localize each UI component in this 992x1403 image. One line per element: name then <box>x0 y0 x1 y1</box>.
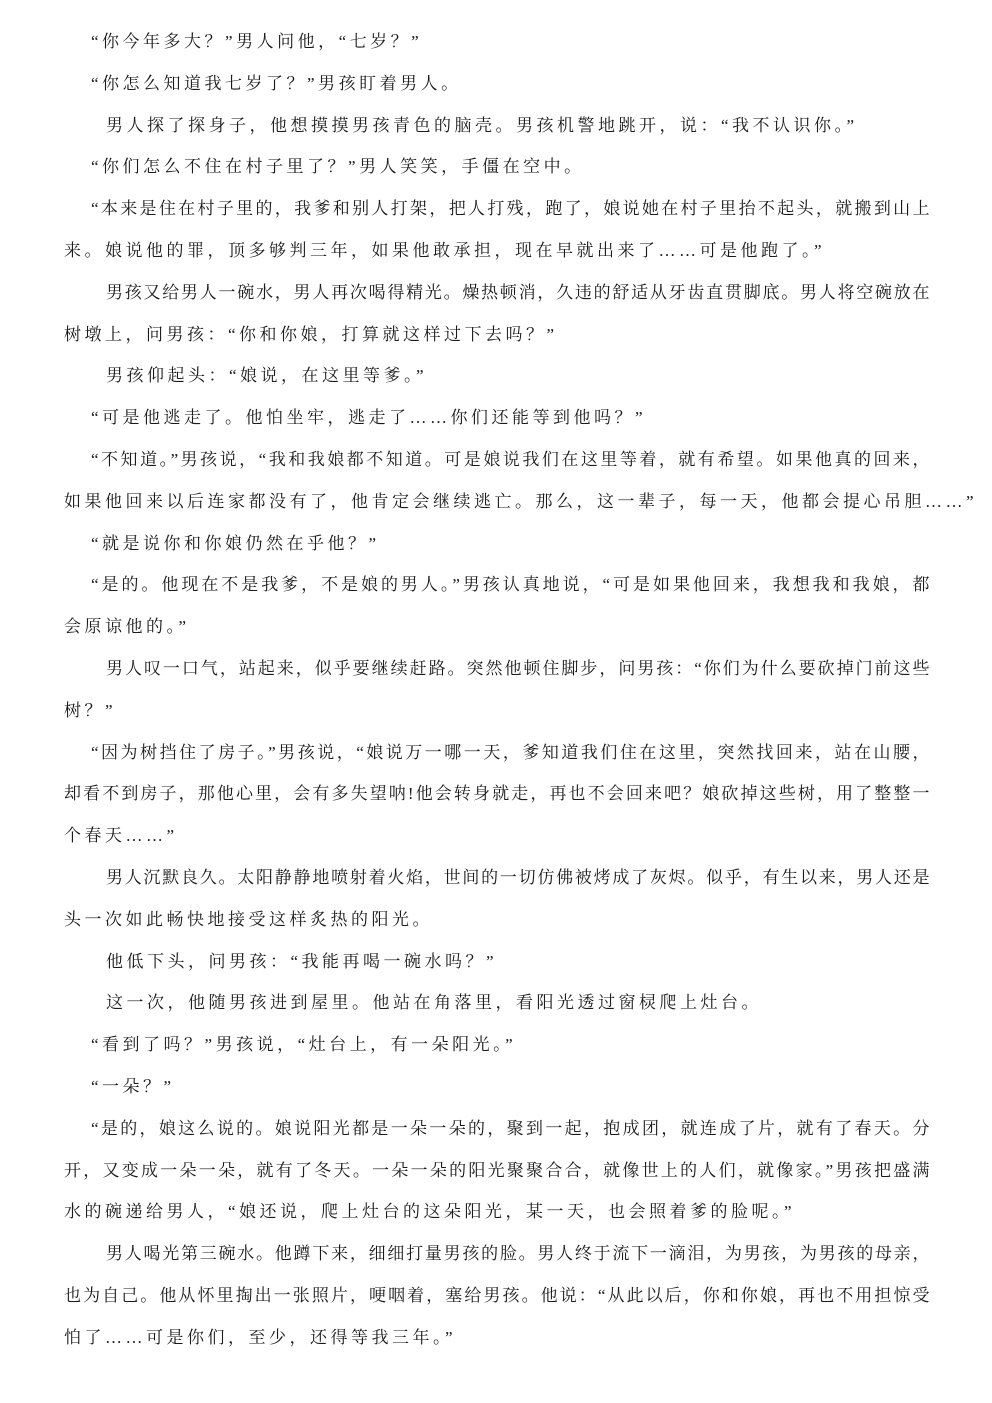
paragraph: 男孩仰起头：“娘说，在这里等爹。” <box>64 355 930 397</box>
text-line: 男人沉默良久。太阳静静地喷射着火焰，世间的一切仿佛被烤成了灰烬。似乎，有生以来，… <box>64 857 930 899</box>
paragraph: 男人探了探身子，他想摸摸男孩青色的脑壳。男孩机警地跳开，说：“我不认识你。” <box>64 105 930 147</box>
paragraph: “因为树挡住了房子。”男孩说，“娘说万一哪一天，爹知道我们住在这里，突然找回来，… <box>64 732 930 857</box>
text-line: 个春天……” <box>64 815 930 857</box>
paragraph: 男孩又给男人一碗水，男人再次喝得精光。燥热顿消，久违的舒适从牙齿直贯脚底。男人将… <box>64 272 930 356</box>
text-line: 男人喝光第三碗水。他蹲下来，细细打量男孩的脸。男人终于流下一滴泪，为男孩，为男孩… <box>64 1233 930 1275</box>
paragraph: “是的。他现在不是我爹，不是娘的男人。”男孩认真地说，“可是如果他回来，我想我和… <box>64 564 930 648</box>
text-line: 如果他回来以后连家都没有了，他肯定会继续逃亡。那么，这一辈子，每一天，他都会提心… <box>64 481 930 523</box>
text-line: 开，又变成一朵一朵，就有了冬天。一朵一朵的阳光聚聚合合，就像世上的人们，就像家。… <box>64 1150 930 1192</box>
text-line: “本来是住在村子里的，我爹和别人打架，把人打残，跑了，娘说她在村子里抬不起头，就… <box>64 188 930 230</box>
paragraph: “你今年多大？”男人问他，“七岁？” <box>64 21 930 63</box>
paragraph: 男人喝光第三碗水。他蹲下来，细细打量男孩的脸。男人终于流下一滴泪，为男孩，为男孩… <box>64 1233 930 1358</box>
text-line: 怕了……可是你们，至少，还得等我三年。” <box>64 1317 930 1359</box>
text-line: 来。娘说他的罪，顶多够判三年，如果他敢承担，现在早就出来了……可是他跑了。” <box>64 230 930 272</box>
text-line: “就是说你和你娘仍然在乎他？” <box>64 523 930 565</box>
paragraph: “你们怎么不住在村子里了？”男人笑笑，手僵在空中。 <box>64 146 930 188</box>
text-line: 他低下头，问男孩：“我能再喝一碗水吗？” <box>64 941 930 983</box>
text-line: “你们怎么不住在村子里了？”男人笑笑，手僵在空中。 <box>64 146 930 188</box>
paragraph: “不知道。”男孩说，“我和我娘都不知道。可是娘说我们在这里等着，就有希望。如果他… <box>64 439 930 523</box>
text-line: “因为树挡住了房子。”男孩说，“娘说万一哪一天，爹知道我们住在这里，突然找回来，… <box>64 732 930 774</box>
text-line: “一朵？” <box>64 1066 930 1108</box>
paragraph: “就是说你和你娘仍然在乎他？” <box>64 523 930 565</box>
text-line: “是的。他现在不是我爹，不是娘的男人。”男孩认真地说，“可是如果他回来，我想我和… <box>64 564 930 606</box>
paragraph: 男人叹一口气，站起来，似乎要继续赶路。突然他顿住脚步，问男孩：“你们为什么要砍掉… <box>64 648 930 732</box>
story-text: “你今年多大？”男人问他，“七岁？”“你怎么知道我七岁了？”男孩盯着男人。男人探… <box>64 21 930 1359</box>
text-line: 树墩上，问男孩：“你和你娘，打算就这样过下去吗？” <box>64 314 930 356</box>
text-line: “可是他逃走了。他怕坐牢，逃走了……你们还能等到他吗？” <box>64 397 930 439</box>
text-line: 却看不到房子，那他心里，会有多失望呐!他会转身就走，再也不会回来吧？娘砍掉这些树… <box>64 773 930 815</box>
text-line: “你今年多大？”男人问他，“七岁？” <box>64 21 930 63</box>
text-line: 男人叹一口气，站起来，似乎要继续赶路。突然他顿住脚步，问男孩：“你们为什么要砍掉… <box>64 648 930 690</box>
paragraph: “看到了吗？”男孩说，“灶台上，有一朵阳光。” <box>64 1024 930 1066</box>
paragraph: 他低下头，问男孩：“我能再喝一碗水吗？” <box>64 941 930 983</box>
paragraph: “可是他逃走了。他怕坐牢，逃走了……你们还能等到他吗？” <box>64 397 930 439</box>
text-line: 这一次，他随男孩进到屋里。他站在角落里，看阳光透过窗棂爬上灶台。 <box>64 982 930 1024</box>
text-line: 男人探了探身子，他想摸摸男孩青色的脑壳。男孩机警地跳开，说：“我不认识你。” <box>64 105 930 147</box>
text-line: “看到了吗？”男孩说，“灶台上，有一朵阳光。” <box>64 1024 930 1066</box>
text-line: “是的，娘这么说的。娘说阳光都是一朵一朵的，聚到一起，抱成团，就连成了片，就有了… <box>64 1108 930 1150</box>
text-line: 也为自己。他从怀里掏出一张照片，哽咽着，塞给男孩。他说：“从此以后，你和你娘，再… <box>64 1275 930 1317</box>
paragraph: 这一次，他随男孩进到屋里。他站在角落里，看阳光透过窗棂爬上灶台。 <box>64 982 930 1024</box>
paragraph: “一朵？” <box>64 1066 930 1108</box>
text-line: 头一次如此畅快地接受这样炙热的阳光。 <box>64 899 930 941</box>
text-line: 会原谅他的。” <box>64 606 930 648</box>
paragraph: “你怎么知道我七岁了？”男孩盯着男人。 <box>64 63 930 105</box>
paragraph: “是的，娘这么说的。娘说阳光都是一朵一朵的，聚到一起，抱成团，就连成了片，就有了… <box>64 1108 930 1233</box>
text-line: 水的碗递给男人，“娘还说，爬上灶台的这朵阳光，某一天，也会照着爹的脸呢。” <box>64 1191 930 1233</box>
text-line: 树？” <box>64 690 930 732</box>
text-line: “你怎么知道我七岁了？”男孩盯着男人。 <box>64 63 930 105</box>
text-line: “不知道。”男孩说，“我和我娘都不知道。可是娘说我们在这里等着，就有希望。如果他… <box>64 439 930 481</box>
paragraph: “本来是住在村子里的，我爹和别人打架，把人打残，跑了，娘说她在村子里抬不起头，就… <box>64 188 930 272</box>
text-line: 男孩又给男人一碗水，男人再次喝得精光。燥热顿消，久违的舒适从牙齿直贯脚底。男人将… <box>64 272 930 314</box>
text-line: 男孩仰起头：“娘说，在这里等爹。” <box>64 355 930 397</box>
document-page: “你今年多大？”男人问他，“七岁？”“你怎么知道我七岁了？”男孩盯着男人。男人探… <box>0 0 992 1403</box>
paragraph: 男人沉默良久。太阳静静地喷射着火焰，世间的一切仿佛被烤成了灰烬。似乎，有生以来，… <box>64 857 930 941</box>
